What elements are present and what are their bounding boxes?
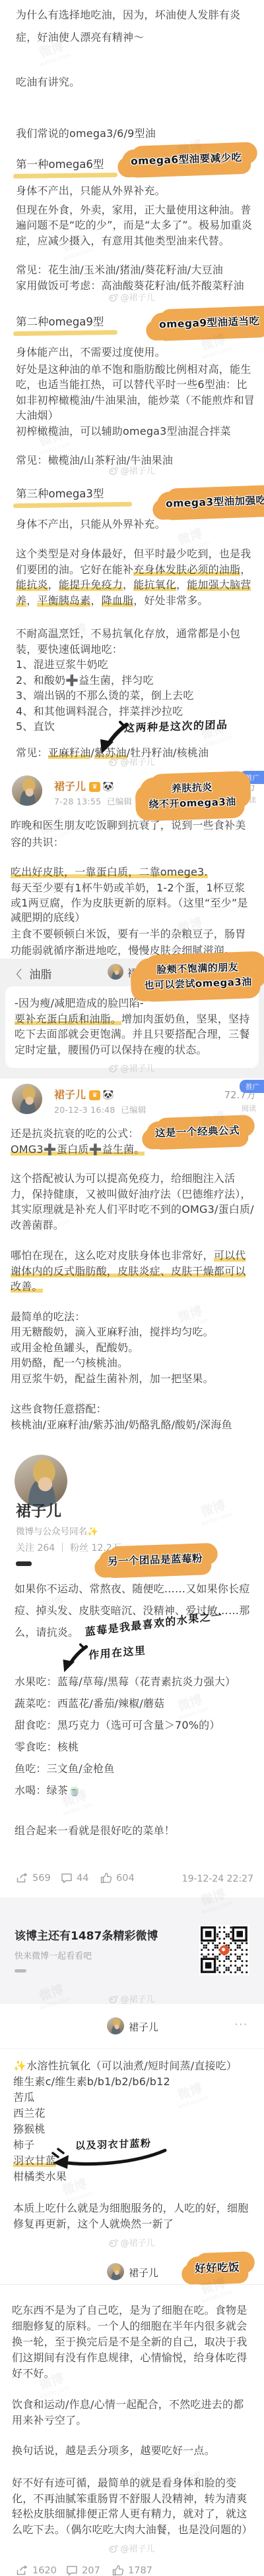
paragraph: 每天至少要有1杯牛奶或羊奶，1-2个蛋，1杯豆浆或1两豆腐，作为皮肤更新的原料。… [11, 881, 255, 926]
share-icon [16, 1872, 28, 1884]
weibo-screenshot: { "watermark": {"brand": "微博", "site": "… [0, 0, 264, 2576]
paragraph-highlighted: 这个类型是对身体最好，但平时最少吃到，也是我们要团的油。它好在能补充身体发肤必须… [16, 546, 256, 608]
post-time: 20-12-3 16:48 已编辑 [54, 1104, 147, 1115]
list-item: 猕猴桃 [13, 2121, 253, 2137]
author-name[interactable]: 裙子儿 [129, 2020, 158, 2034]
sticker-eat-well: 好好吃饭 [185, 2254, 248, 2281]
sticker-omega6: omega6型油要减少吃 [121, 146, 251, 175]
author-name[interactable]: 裙子儿 [129, 2266, 158, 2280]
menu-list: 水果吃：蓝莓/草莓/黑莓（花青素抗炎力强大） 蔬菜吃：西蓝花/番茄/辣椒/蘑菇 … [0, 1667, 264, 1864]
author-avatar[interactable] [107, 2263, 124, 2280]
profile-description: 微博与公众号同名✨ [16, 1524, 98, 1537]
list-item: 零食吃：核桃 [15, 1736, 255, 1758]
paragraph: 好处是这种油的单不饱和脂肪酸比例相对高，能生吃，也适当能扛热，可以替代平时一些6… [16, 362, 256, 424]
panda-badge: 🐼 [102, 1090, 114, 1100]
list-item: 鱼吃：三文鱼/金枪鱼 [15, 1758, 255, 1779]
author-avatar[interactable] [12, 775, 42, 806]
comment-button[interactable]: 44 [61, 1872, 88, 1884]
paragraph: 身体不产出，只能从外界补充。 [16, 183, 256, 199]
comment-icon [61, 1872, 73, 1884]
like-count: 1787 [128, 2565, 152, 2576]
post-date: 19-12-24 22:27 [182, 1874, 253, 1884]
comment-count: 207 [82, 2565, 100, 2576]
quote-card[interactable]: -因为瘦/减肥造成的脸凹陷- 要补充蛋白质和油脂。增加肉蛋奶鱼，坚果，坚持吃下去… [5, 986, 259, 1068]
author-name[interactable]: 裙子儿 [54, 780, 86, 793]
paragraph: 为什么有选择地吃油，因为，坏油使人发胖有炎症，好油使人漂亮有精神～ [16, 4, 256, 49]
paragraph: 核桃油/亚麻籽油/紫苏油/奶酪乳酪/酸奶/深海鱼 [11, 1417, 255, 1433]
author-row[interactable]: 裙子儿♛🐼 [54, 778, 114, 793]
paragraph: 昨晚和医生朋友吃饭聊到抗衰了，说到一些食补美容的共识： [11, 817, 255, 851]
comment-icon [66, 2565, 78, 2576]
weibo-qr-code [199, 1925, 249, 1975]
mini-post-header: 裙子儿 ··· [0, 2004, 264, 2049]
share-count: 1620 [32, 2565, 57, 2576]
followers-label: 粉丝 [70, 1543, 88, 1554]
list-item: 水喝：绿茶🍵 [15, 1779, 255, 1801]
paragraph: 常见：花生油/玉米油/猪油/葵花籽油/大豆油 [16, 262, 256, 278]
paragraph: 换句话说，越是丢分项多，越要吃好一点。 [12, 2443, 252, 2459]
sticker-blueberry-powder: 另一个团品是蓝莓粉 [98, 1546, 211, 1575]
share-button[interactable]: 1620 [16, 2565, 57, 2576]
quote-heading: -因为瘦/减肥造成的脸凹陷- [15, 995, 251, 1011]
paragraph: 吃油有讲究。 [16, 71, 256, 94]
paragraph: 维生素c/维生素b/b1/b2/b6/b12 [13, 2074, 253, 2090]
qr-promo-card[interactable]: 该博主还有1487条精彩微博 快来微博一起看看吧 [0, 1897, 264, 2004]
list-item: 2、和酸奶➕益生菌，拌匀吃 [16, 673, 256, 688]
vip-crown-badge: ♛ [89, 782, 100, 792]
reads-label: 阅读 [224, 1103, 256, 1113]
list-item: 用奶酪，配一勺核桃油。 [11, 1355, 255, 1371]
action-bar: 569 44 604 19-12-24 22:27 [0, 1864, 264, 1897]
post-eat-well: 裙子儿 吃东西不是为了自己吃，是为了细胞在吃。食物是细胞修复的原料。一个人的细胞… [0, 2258, 264, 2576]
paragraph: 饮食和运动/作息/心情一起配合，不然吃进去的都用来补亏空了。 [12, 2397, 252, 2428]
list-item: 柑橘类水果 [13, 2169, 253, 2185]
back-button[interactable]: 〈 油脂 [11, 965, 51, 982]
author-name[interactable]: 裙子儿 [54, 1088, 86, 1101]
paragraph: 最简单的吃法： [11, 1309, 255, 1325]
back-icon: 〈 [11, 968, 22, 982]
list-item: 用无糖酸奶，滴入亚麻籽油，搅拌均匀吃。 [11, 1324, 255, 1340]
list-item: 3、端出锅的不那么烫的菜，倒上去吃 [16, 688, 256, 704]
like-button[interactable]: 1787 [112, 2565, 152, 2576]
like-icon [100, 1872, 112, 1884]
list-item: 1、混进豆浆牛奶吃 [16, 657, 256, 673]
author-avatar[interactable] [108, 964, 123, 980]
collapse-dash[interactable] [16, 1561, 32, 1566]
paragraph: 初榨橄榄油，可以辅助omega3型油混合拌菜 [16, 424, 256, 439]
list-item: 甜食吃：黑巧克力（选可可含量＞70%的） [15, 1714, 255, 1736]
paragraph: 本质上吃什么就是为细胞服务的，人吃的好，细胞修复再更新，这个人就焕然一新了 [13, 2200, 253, 2231]
list-item: 或用金枪鱼罐头，配酸奶。 [11, 1340, 255, 1356]
paragraph-highlighted: 吃出好皮肤，一靠蛋白质，二靠omege3. [11, 864, 255, 881]
paragraph: 这些食物任意搭配： [11, 1401, 255, 1417]
list-item: 苦瓜 [13, 2090, 253, 2106]
list-item: 水果吃：蓝莓/草莓/黑莓（花青素抗炎力强大） [15, 1671, 255, 1693]
edited-label: 已编辑 [121, 1105, 146, 1115]
post-omega-guide: 为什么有选择地吃油，因为，坏油使人发胖有炎症，好油使人漂亮有精神～ 吃油有讲究。… [0, 0, 264, 768]
quote-paragraph: 要补充蛋白质和油脂。增加肉蛋奶鱼，坚果，坚持吃下去面部就会更饱满。并且只要搭配合… [15, 1011, 251, 1058]
card-dash [15, 1969, 26, 1973]
profile-name[interactable]: 裙子儿 [16, 1499, 61, 1521]
paragraph-highlighted: 哪怕在现在，这么吃对皮肤身体也非常好，可以代谢体内的反式脂肪酸，皮肤炎症、皮肤干… [11, 1248, 255, 1295]
paragraph: 常见：橄榄油/山茶籽油/牛油果油 [16, 453, 256, 468]
paragraph: 我们常说的omega3/6/9型油 [16, 123, 256, 145]
panda-badge: 🐼 [102, 781, 114, 792]
like-count: 604 [116, 1873, 135, 1884]
paragraph: 这个搭配被认为可以提高免疫力，给细胞注入活力，保持健康，又被叫做好油疗法（巴德维… [11, 1171, 255, 1233]
paragraph: 但现在外食，外卖，家用，正大量使用这种油。普遍问题不是“吃的少”，而是“太多了”… [16, 202, 256, 249]
edited-label: 已编辑 [107, 797, 132, 806]
vip-crown-badge: ♛ [89, 1090, 100, 1100]
sticker-omega9: omega9型油适当吃 [150, 309, 264, 337]
promo-badge: 推广 [240, 1080, 264, 1093]
post-time: 7-28 13:55 已编辑 [54, 795, 132, 807]
share-icon [16, 2565, 28, 2576]
like-button[interactable]: 604 [100, 1872, 135, 1884]
share-count: 569 [32, 1873, 51, 1884]
share-button[interactable]: 569 [16, 1872, 51, 1884]
yellow-underline [13, 330, 117, 336]
paragraph: 身体能产出，不需要过度使用。 [16, 345, 256, 360]
hand-arrow-icon [50, 2146, 168, 2170]
list-item: 西兰花 [13, 2106, 253, 2121]
author-avatar[interactable] [107, 2017, 124, 2034]
sticker-cheek-tip: 脸颊不饱满的朋友也可以尝试omega3油 [135, 955, 261, 999]
paragraph: 主食不要顿顿白米饭，要有一半的杂粮豆子，肠胃功能弱就循序渐进地吃，慢慢皮肤会细腻… [11, 926, 255, 959]
paragraph-highlighted: 常见：亚麻籽油/紫苏油/牡丹籽油/核桃油 [16, 745, 256, 761]
menu-summary: 组合起来一看就是很好吃的菜单！ [15, 1820, 255, 1841]
paragraph: 吃东西不是为了自己吃，是为了细胞在吃。食物是细胞修复的原料。一个人的细胞在半年内… [12, 2303, 252, 2382]
paragraph: ✨水溶性抗氧化（可以油煮/短时间蒸/直接吃） [13, 2058, 253, 2074]
list-item: 蔬菜吃：西蓝花/番茄/辣椒/蘑菇 [15, 1693, 255, 1714]
like-icon [112, 2565, 124, 2576]
following-count: 264 [37, 1543, 55, 1554]
yellow-underline [13, 501, 132, 508]
list-item: 用豆浆牛奶，配益生菌补剂，加一把坚果。 [11, 1371, 255, 1387]
comment-count: 44 [77, 1873, 88, 1884]
sticker-skin-anti-inflammation: 养肤抗炎绕不开omega3油 [139, 774, 245, 817]
following-label: 关注 [16, 1543, 34, 1554]
paragraph: 家用做饭可考虑：高油酸葵花籽油/低芥酸菜籽油 [16, 278, 256, 294]
author-row[interactable]: 裙子儿♛🐼 [54, 1086, 114, 1102]
paragraph-highlighted: OMG3➕蛋白质➕益生菌。 [11, 1142, 255, 1158]
author-avatar[interactable] [12, 1084, 42, 1114]
sticker-classic-formula: 这是一个经典公式 [146, 1118, 248, 1146]
page-title: 油脂 [29, 968, 51, 982]
hand-arrow-icon [61, 1642, 88, 1676]
paragraph: 身体不产出，只能从外界补充。 [16, 517, 256, 532]
comment-button[interactable]: 207 [66, 2565, 100, 2576]
more-menu-button[interactable]: ··· [235, 2019, 248, 2030]
hand-arrow-icon [98, 721, 129, 756]
sticker-omega3: omega3型油加强吃 [156, 488, 264, 517]
paragraph: 不耐高温烹饪，不易抗氧化存放，通常都是小包装，要快速低调地吃： [16, 626, 256, 657]
promo-badge: 推广 [240, 771, 264, 784]
paragraph: 好不好有迹可循，最简单的就是看身体和脸的变化，不再油腻笨重肠胃不舒服人没精神，转… [12, 2475, 252, 2537]
yellow-underline [13, 173, 117, 179]
